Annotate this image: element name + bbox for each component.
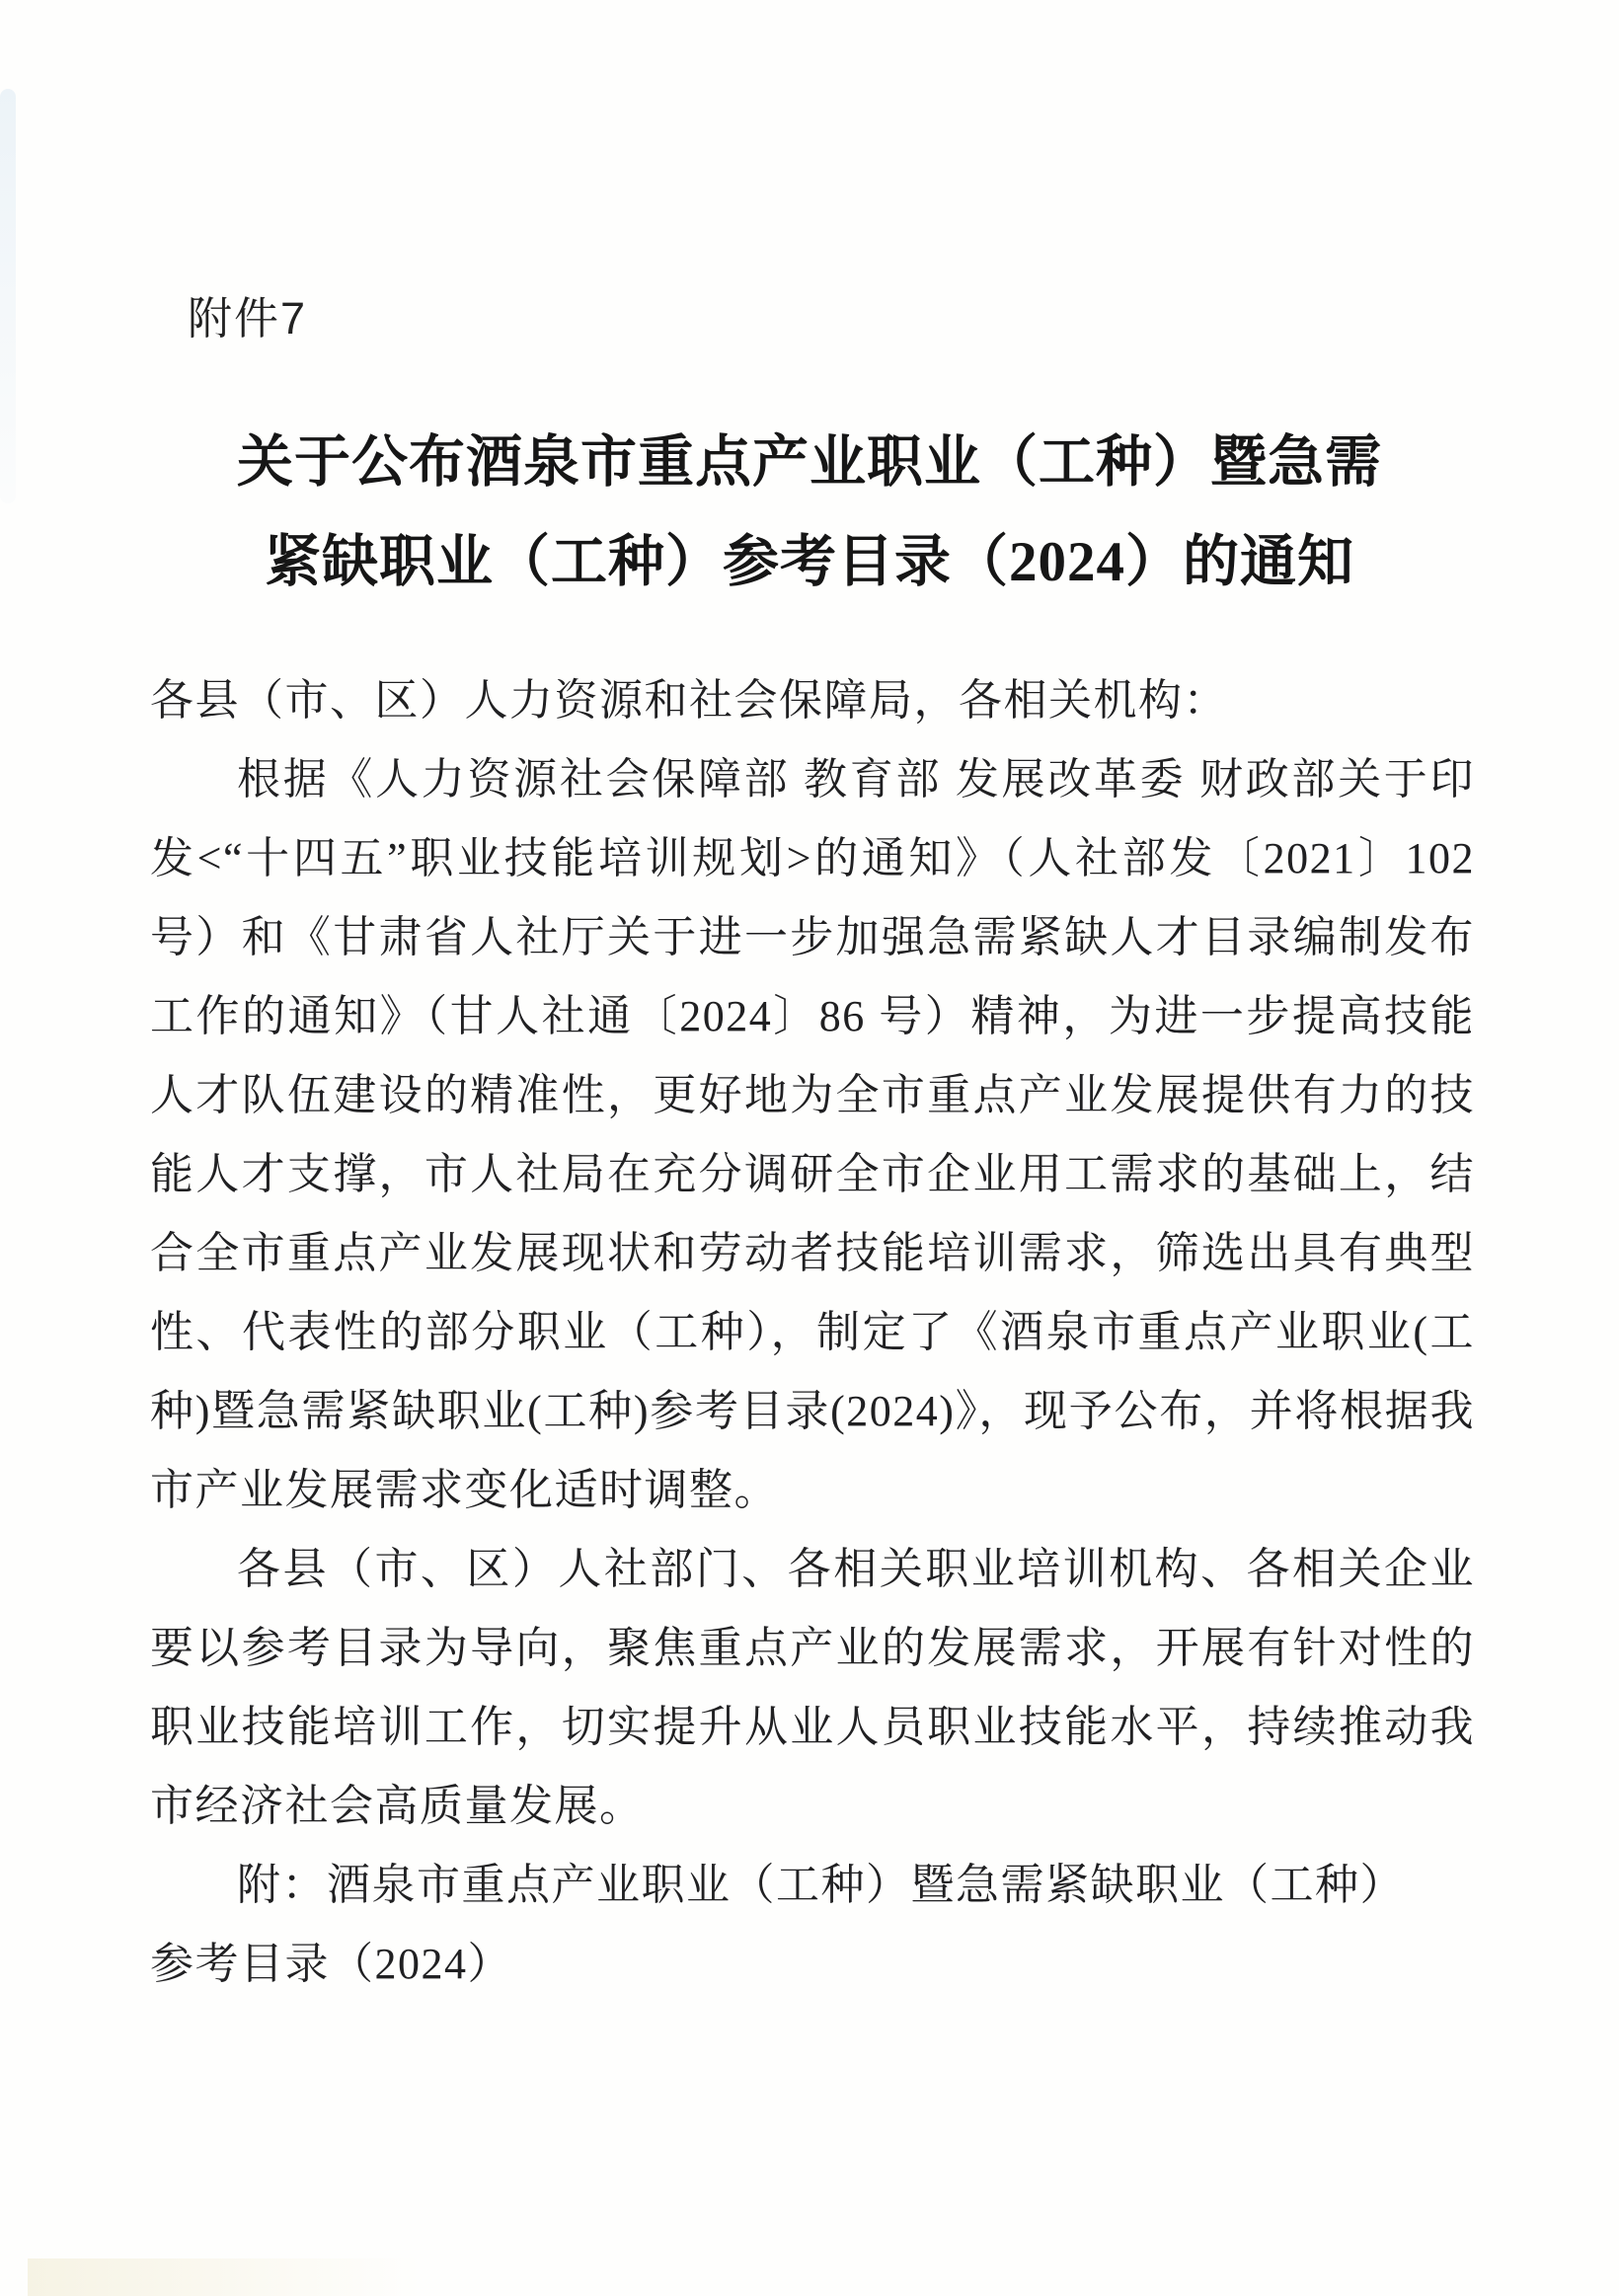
attachment-note-line-1: 附：酒泉市重点产业职业（工种）暨急需紧缺职业（工种） xyxy=(150,1846,1475,1925)
salutation-line: 各县（市、区）人力资源和社会保障局，各相关机构： xyxy=(150,661,1475,740)
scan-artifact-bottom xyxy=(28,2258,423,2296)
document-page: 附件7 关于公布酒泉市重点产业职业（工种）暨急需 紧缺职业（工种）参考目录（20… xyxy=(0,0,1619,2296)
attachment-note-line-2: 参考目录（2024） xyxy=(150,1925,1475,2004)
document-body: 各县（市、区）人力资源和社会保障局，各相关机构： 根据《人力资源社会保障部 教育… xyxy=(150,661,1475,2004)
body-paragraph-2: 各县（市、区）人社部门、各相关职业培训机构、各相关企业要以参考目录为导向，聚焦重… xyxy=(150,1530,1475,1846)
attachment-label: 附件7 xyxy=(188,282,307,346)
body-paragraph-1: 根据《人力资源社会保障部 教育部 发展改革委 财政部关于印发<“十四五”职业技能… xyxy=(150,740,1475,1530)
document-title: 关于公布酒泉市重点产业职业（工种）暨急需 紧缺职业（工种）参考目录（2024）的… xyxy=(0,413,1619,612)
title-line-2: 紧缺职业（工种）参考目录（2024）的通知 xyxy=(0,512,1619,612)
title-line-1: 关于公布酒泉市重点产业职业（工种）暨急需 xyxy=(0,413,1619,512)
